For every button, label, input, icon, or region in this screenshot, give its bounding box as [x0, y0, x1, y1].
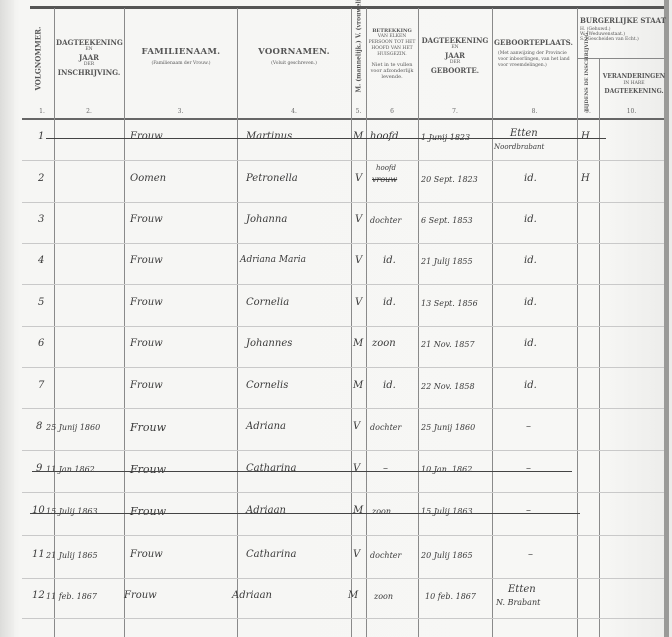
cell-voornamen: Adriana [246, 421, 286, 432]
col-divider [351, 8, 352, 637]
row-divider [22, 618, 664, 619]
header-sub: JAAR [56, 53, 122, 62]
cell-geslacht: V [353, 463, 360, 474]
header-note: Niet in te vullen voor afzonderlijk leve… [368, 62, 416, 80]
cell-voornamen: Cornelia [246, 297, 289, 308]
cell-geslacht: M [353, 131, 363, 142]
cell-inschrijving: 21 Julij 1865 [46, 551, 98, 560]
header-title: VERANDERINGEN [601, 72, 667, 81]
cell-geboorte: 6 Sept. 1853 [421, 216, 473, 225]
row-divider [22, 408, 664, 409]
header-volgnommer: VOLGNOMMER. [34, 31, 43, 91]
col-divider [366, 8, 367, 637]
row-divider [22, 450, 664, 451]
col-divider [237, 8, 238, 637]
header-title: DAGTEEKENING [420, 36, 490, 45]
row-divider [22, 160, 664, 161]
cell-geboorteplaats: id. [524, 338, 537, 349]
cell-familienaam: Frouw [130, 255, 163, 266]
cell-geboorteplaats: id. [524, 255, 537, 266]
strikethrough [32, 471, 572, 472]
cell-betrekking: id. [383, 297, 396, 308]
cell-volgnommer: 2 [38, 173, 44, 184]
header-geslacht: M. (mannelijk.) V. (vrouwelijk.) GESLACH… [356, 19, 363, 93]
cell-betrekking: dochter [370, 216, 401, 225]
cell-volgnommer: 10 [32, 505, 45, 516]
col-divider [124, 8, 125, 637]
cell-betrekking: dochter [370, 423, 401, 432]
register-page: VOLGNOMMER. DAGTEEKENING EN JAAR DER INS… [0, 0, 672, 637]
cell-familienaam: Frouw [130, 131, 163, 142]
cell-staat: H [581, 173, 590, 184]
header-note: (Familienaam der Vrouw.) [126, 61, 236, 67]
cell-betrekking: hoofd [370, 131, 399, 142]
cell-geboorteplaats: – [526, 505, 531, 516]
cell-voornamen: Johannes [246, 338, 292, 349]
cell-voornamen: Martinus [246, 131, 292, 142]
header-veranderingen: VERANDERINGEN IN HARE DAGTEEKENING. [601, 72, 667, 96]
col-divider [492, 8, 493, 637]
cell-familienaam: Frouw [130, 505, 166, 518]
staat-divider [578, 58, 664, 59]
cell-geboorteplaats: id. [524, 173, 537, 184]
cell-volgnommer: 4 [38, 255, 44, 266]
cell-volgnommer: 8 [36, 421, 42, 432]
cell-geslacht: M [353, 338, 363, 349]
cell-geboorte: 10 Jan. 1862 [421, 465, 472, 474]
cell-geboorte: 13 Sept. 1856 [421, 299, 478, 308]
header-sub: DAGTEEKENING. [601, 87, 667, 96]
cell-voornamen: Catharina [246, 463, 296, 474]
cell-volgnommer: 3 [38, 214, 44, 225]
header-sub: INSCHRIJVING. [56, 68, 122, 77]
header-sub: JAAR [420, 51, 490, 60]
cell-geboorteplaats: – [526, 463, 531, 474]
cell-betrekking: zoon [372, 507, 391, 516]
cell-geslacht: V [355, 214, 362, 225]
col-number: 2. [54, 108, 124, 115]
cell-volgnommer: 6 [38, 338, 44, 349]
cell-betrekking: zoon [372, 338, 396, 349]
col-number: 3. [124, 108, 237, 115]
cell-familienaam: Frouw [124, 590, 157, 601]
cell-geboorte: 21 Nov. 1857 [421, 340, 475, 349]
header-title: DAGTEEKENING [56, 38, 122, 47]
cell-voornamen: Johanna [246, 214, 287, 225]
cell-betrekking-correction: hoofd [376, 164, 396, 172]
cell-familienaam: Frouw [130, 549, 163, 560]
strikethrough [46, 138, 606, 139]
row-divider [22, 367, 664, 368]
cell-geboorte: 10 feb. 1867 [425, 592, 476, 601]
cell-inschrijving: 25 Junij 1860 [46, 423, 100, 432]
header-title: BURGERLIJKE STAAT [580, 16, 670, 25]
col-number: 10. [599, 108, 664, 115]
col-number: 5. [351, 108, 366, 115]
cell-geslacht: V [355, 255, 362, 266]
header-familienaam: FAMILIENAAM. (Familienaam der Vrouw.) [126, 48, 236, 67]
col-number: 6 [366, 108, 418, 115]
cell-volgnommer: 11 [32, 549, 45, 560]
cell-geboorteplaats: id. [524, 297, 537, 308]
col-divider [577, 8, 578, 637]
header-dagteekening-inschrijving: DAGTEEKENING EN JAAR DER INSCHRIJVING. [56, 38, 122, 77]
cell-familienaam: Oomen [130, 173, 166, 184]
cell-inschrijving: 11 Jan 1862 [46, 465, 95, 474]
header-geboorteplaats: GEBOORTEPLAATS. (Met aanwijzing der Prov… [494, 38, 576, 69]
cell-volgnommer: 12 [32, 590, 45, 601]
row-divider [22, 284, 664, 285]
header-sub: GEBOORTE. [420, 66, 490, 75]
cell-volgnommer: 7 [38, 380, 44, 391]
cell-familienaam: Frouw [130, 463, 166, 476]
cell-inschrijving: 15 Julij 1863 [46, 507, 98, 516]
cell-voornamen: Adriaan [232, 590, 272, 601]
cell-volgnommer: 5 [38, 297, 44, 308]
legend-item: S. (Gescheiden van Echt.) [580, 37, 670, 42]
top-rule [30, 6, 664, 9]
header-burgerlijke-staat: BURGERLIJKE STAAT H. (Gehuwd.) W. (Weduw… [580, 16, 670, 42]
cell-geboorteplaats: id. [524, 380, 537, 391]
cell-geboorte: 20 Sept. 1823 [421, 175, 478, 184]
cell-provincie: N. Brabant [496, 598, 540, 607]
page-left-edge [0, 0, 14, 637]
cell-voornamen: Petronella [246, 173, 298, 184]
cell-voornamen: Adriaan [246, 505, 286, 516]
cell-provincie: Noordbrabant [494, 143, 544, 151]
col-divider [54, 8, 55, 637]
strikethrough [30, 513, 580, 514]
cell-geboorte: 20 Julij 1865 [421, 551, 473, 560]
row-divider [22, 578, 664, 579]
row-divider [22, 492, 664, 493]
cell-geslacht: M [353, 505, 363, 516]
cell-geslacht: V [355, 173, 362, 184]
cell-geboorte: 22 Nov. 1858 [421, 382, 475, 391]
row-divider [22, 243, 664, 244]
cell-volgnommer: 9 [36, 463, 42, 474]
cell-familienaam: Frouw [130, 380, 163, 391]
col-divider [418, 8, 419, 637]
header-title: FAMILIENAAM. [126, 48, 236, 57]
cell-familienaam: Frouw [130, 214, 163, 225]
header-dagteekening-geboorte: DAGTEEKENING EN JAAR DER GEBOORTE. [420, 36, 490, 75]
cell-geboorteplaats: – [528, 549, 533, 560]
cell-geslacht: M [353, 380, 363, 391]
cell-geslacht: M [348, 590, 358, 601]
cell-voornamen: Catharina [246, 549, 296, 560]
col-number: 4. [237, 108, 351, 115]
col-number: 1. [30, 108, 54, 115]
col-number: 9. [577, 108, 599, 115]
cell-geboorte: 25 Junij 1860 [421, 423, 475, 432]
cell-geslacht: V [353, 549, 360, 560]
cell-volgnommer: 1 [38, 131, 44, 142]
cell-betrekking: id. [383, 380, 396, 391]
header-voornamen: VOORNAMEN. (Voluit geschreven.) [239, 48, 349, 67]
cell-geboorteplaats: Etten [508, 584, 536, 595]
header-rule [22, 118, 664, 120]
cell-geboorte: 15 Julij 1863 [421, 507, 473, 516]
header-sub: VAN ELKEN PERSOON TOT HET HOOFD VAN HET … [368, 34, 416, 58]
cell-betrekking: zoon [374, 592, 393, 601]
cell-betrekking: – [383, 463, 388, 474]
cell-geboorteplaats: – [526, 421, 531, 432]
header-title: GEBOORTEPLAATS. [494, 38, 576, 47]
col-divider [599, 58, 600, 637]
cell-betrekking: vrouw [372, 175, 397, 184]
header-betrekking: BETREKKING VAN ELKEN PERSOON TOT HET HOO… [368, 28, 416, 80]
cell-inschrijving: 11 feb. 1867 [46, 592, 97, 601]
cell-betrekking: dochter [370, 551, 401, 560]
col-number: 8. [492, 108, 577, 115]
row-divider [22, 326, 664, 327]
cell-geboorteplaats: id. [524, 214, 537, 225]
cell-staat: H [581, 131, 590, 142]
header-note: M. (mannelijk.) V. (vrouwelijk.) [356, 0, 363, 93]
header-tijdens-inschrijving: TIJDENS DE INSCHRIJVING. [584, 58, 590, 112]
row-divider [22, 202, 664, 203]
cell-geslacht: V [353, 421, 360, 432]
header-note: (Voluit geschreven.) [239, 61, 349, 67]
cell-voornamen: Cornelis [246, 380, 288, 391]
header-note: (Met aanwijzing der Provincie voor inboo… [494, 51, 576, 69]
cell-familienaam: Frouw [130, 297, 163, 308]
row-divider [22, 535, 664, 536]
cell-geslacht: V [355, 297, 362, 308]
cell-geboorte: 21 Julij 1855 [421, 257, 473, 266]
cell-betrekking: id. [383, 255, 396, 266]
col-number: 7. [418, 108, 492, 115]
cell-familienaam: Frouw [130, 421, 166, 434]
cell-familienaam: Frouw [130, 338, 163, 349]
header-title: VOORNAMEN. [239, 48, 349, 57]
cell-voornamen: Adriana Maria [240, 255, 306, 265]
